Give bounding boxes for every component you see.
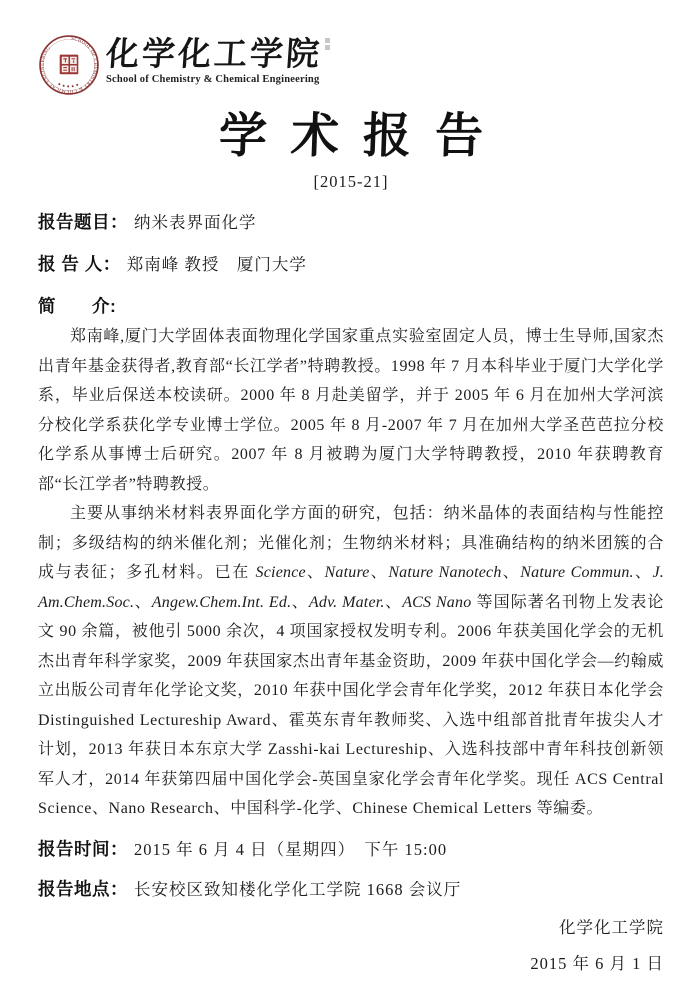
topic-label: 报告题目：	[38, 209, 128, 234]
place-value: 长安校区致知楼化学化工学院 1668 会议厅	[134, 876, 461, 900]
header: SCHOOL OF CHEMISTRY & CHEMICAL ENGINEERI…	[38, 34, 664, 102]
place-label: 报告地点：	[38, 876, 128, 901]
school-name-en: School of Chemistry & Chemical Engineeri…	[106, 73, 322, 86]
issue-date: 2015 年 6 月 1 日	[38, 950, 664, 974]
intro-label-row: 简 介:	[38, 293, 664, 318]
speaker-label: 报 告 人：	[38, 251, 121, 276]
time-row: 报告时间： 2015 年 6 月 4 日（星期四） 下午 15:00	[38, 836, 664, 861]
topic-value: 纳米表界面化学	[134, 209, 257, 233]
topic-row: 报告题目： 纳米表界面化学	[38, 209, 664, 234]
report-number: [2015-21]	[38, 172, 664, 192]
speaker-row: 报 告 人： 郑南峰 教授 厦门大学	[38, 251, 664, 276]
time-label: 报告时间：	[38, 836, 128, 861]
school-name-zh: 化学化工学院	[105, 36, 324, 72]
place-row: 报告地点： 长安校区致知楼化学化工学院 1668 会议厅	[38, 876, 664, 901]
intro-paragraph-2: 主要从事纳米材料表界面化学方面的研究，包括：纳米晶体的表面结构与性能控制；多级结…	[38, 499, 664, 824]
logo-names: 化学化工学院 School of Chemistry & Chemical En…	[106, 34, 322, 86]
seal-mark-icon	[325, 38, 330, 52]
signature: 化学化工学院	[38, 914, 664, 938]
speaker-value: 郑南峰 教授 厦门大学	[127, 251, 307, 275]
time-value: 2015 年 6 月 4 日（星期四） 下午 15:00	[134, 836, 447, 860]
announcement-page: SCHOOL OF CHEMISTRY & CHEMICAL ENGINEERI…	[0, 0, 700, 989]
page-title: 学术报告	[61, 108, 665, 164]
intro-paragraph-1: 郑南峰,厦门大学固体表面物理化学国家重点实验室固定人员，博士生导师,国家杰出青年…	[38, 322, 664, 499]
school-seal-icon: SCHOOL OF CHEMISTRY & CHEMICAL ENGINEERI…	[38, 34, 100, 96]
intro-label: 简 介:	[38, 293, 116, 318]
intro-section: 郑南峰,厦门大学固体表面物理化学国家重点实验室固定人员，博士生导师,国家杰出青年…	[38, 322, 664, 824]
